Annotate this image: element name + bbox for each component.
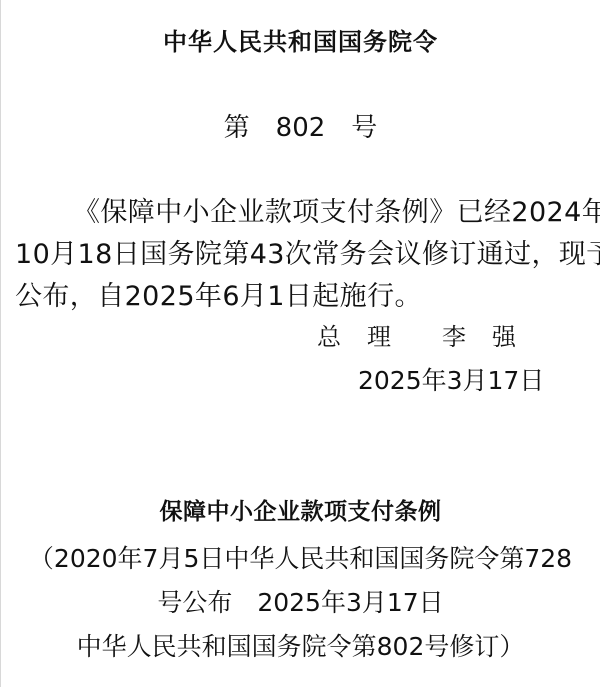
issuer-title: 中华人民共和国国务院令 — [1, 26, 600, 58]
history-line: 中华人民共和国国务院令第802号修订） — [1, 625, 600, 669]
order-number: 第 802 号 — [1, 111, 600, 145]
promulgation-line: 公布，自2025年6月1日起施行。 — [15, 276, 591, 318]
promulgation-line: 10月18日国务院第43次常务会议修订通过，现予 — [15, 234, 591, 276]
signature-date: 2025年3月17日 — [358, 364, 544, 398]
promulgation-paragraph: 《保障中小企业款项支付条例》已经2024年 10月18日国务院第43次常务会议修… — [15, 192, 591, 318]
premier-signature: 总 理 李 强 — [317, 320, 517, 354]
history-line: 号公布 2025年3月17日 — [1, 581, 600, 625]
regulation-title: 保障中小企业款项支付条例 — [1, 496, 600, 528]
regulation-history-note: （2020年7月5日中华人民共和国国务院令第728 号公布 2025年3月17日… — [1, 537, 600, 669]
promulgation-line: 《保障中小企业款项支付条例》已经2024年 — [15, 192, 591, 234]
document-page: 中华人民共和国国务院令 第 802 号 《保障中小企业款项支付条例》已经2024… — [0, 0, 600, 687]
history-line: （2020年7月5日中华人民共和国国务院令第728 — [1, 537, 600, 581]
